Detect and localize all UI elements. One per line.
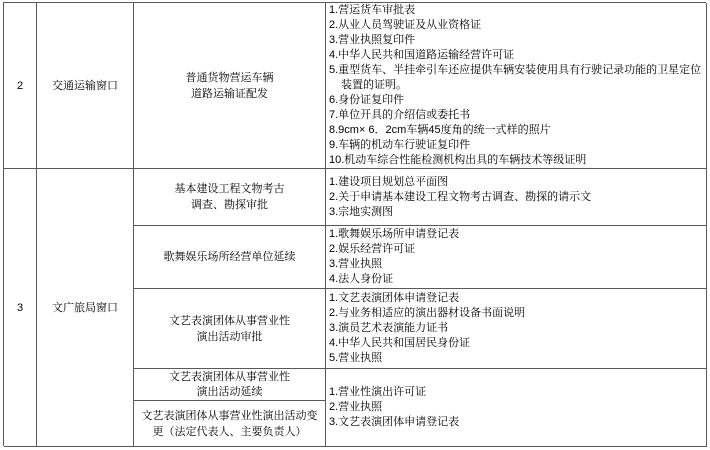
material-item: 1.文艺表演团体申请登记表 xyxy=(329,291,704,306)
material-item: 1.歌舞娱乐场所申请登记表 xyxy=(329,227,704,242)
materials-cell: 1.文艺表演团体申请登记表2.与业务相适应的演出器材设备书面说明3.演员艺术表演… xyxy=(326,289,707,369)
row-number-cell: 3 xyxy=(4,169,37,447)
service-name-cell: 基本建设工程文物考古调查、勘探审批 xyxy=(134,169,326,226)
material-item: 4.法人身份证 xyxy=(329,272,704,287)
material-item: 8.9cm× 6．2cm车辆45度角的统一式样的照片 xyxy=(329,123,704,138)
service-name-cell: 普通货物营运车辆道路运输证配发 xyxy=(134,3,326,169)
services-table: 2 交通运输窗口 普通货物营运车辆道路运输证配发 1.营运货车审批表2.从业人员… xyxy=(3,2,706,446)
material-item: 7.单位开具的介绍信或委托书 xyxy=(329,108,704,123)
material-item: 3.演员艺术表演能力证书 xyxy=(329,321,704,336)
material-item: 4.中华人民共和国居民身份证 xyxy=(329,336,704,351)
service-name-line: 歌舞娱乐场所经营单位延续 xyxy=(134,249,325,265)
service-name-cell: 文艺表演团体从事营业性演出活动审批 xyxy=(134,289,326,369)
material-item: 3.营业执照复印件 xyxy=(329,33,704,48)
service-name-cell: 文艺表演团体从事营业性演出活动变更（法定代表人、主要负责人） xyxy=(134,401,326,447)
window-name-cell: 交通运输窗口 xyxy=(37,3,134,169)
service-name-cell: 歌舞娱乐场所经营单位延续 xyxy=(134,226,326,289)
service-name-line: 基本建设工程文物考古 xyxy=(134,181,325,197)
material-item: 3.营业执照 xyxy=(329,257,704,272)
service-name-line: 演出活动延续 xyxy=(134,385,325,400)
service-name-line: 调查、勘探审批 xyxy=(134,197,325,213)
material-item: 1.建设项目规划总平面图 xyxy=(329,175,704,190)
material-item: 2.从业人员驾驶证及从业资格证 xyxy=(329,18,704,33)
material-item: 2.与业务相适应的演出器材设备书面说明 xyxy=(329,306,704,321)
window-name-cell: 文广旅局窗口 xyxy=(37,169,134,447)
materials-cell: 1.营运货车审批表2.从业人员驾驶证及从业资格证3.营业执照复印件4.中华人民共… xyxy=(326,3,707,169)
materials-cell: 1.歌舞娱乐场所申请登记表2.娱乐经营许可证3.营业执照4.法人身份证 xyxy=(326,226,707,289)
service-name-line: 文艺表演团体从事营业性演出活动变更（法定代表人、主要负责人） xyxy=(134,408,325,440)
material-item: 5.营业执照 xyxy=(329,351,704,366)
material-item: 4.中华人民共和国道路运输经营许可证 xyxy=(329,48,704,63)
material-item: 3.文艺表演团体申请登记表 xyxy=(329,415,704,430)
row-number-cell: 2 xyxy=(4,3,37,169)
material-item: 5.重型货车、半挂牵引车还应提供车辆安装使用具有行驶记录功能的卫星定位装置的证明… xyxy=(329,63,704,93)
material-item: 2.娱乐经营许可证 xyxy=(329,242,704,257)
materials-cell: 1.建设项目规划总平面图2.关于申请基本建设工程文物考古调查、勘探的请示文3.宗… xyxy=(326,169,707,226)
service-name-line: 文艺表演团体从事营业性 xyxy=(134,370,325,385)
material-item: 9.车辆的机动车行驶证复印件 xyxy=(329,138,704,153)
service-name-line: 普通货物营运车辆 xyxy=(134,70,325,86)
materials-cell-merged: 1.营业性演出许可证2.营业执照3.文艺表演团体申请登记表 xyxy=(326,369,707,447)
service-name-line: 文艺表演团体从事营业性 xyxy=(134,313,325,329)
material-item: 6.身份证复印件 xyxy=(329,93,704,108)
material-item: 2.营业执照 xyxy=(329,400,704,415)
material-item: 2.关于申请基本建设工程文物考古调查、勘探的请示文 xyxy=(329,190,704,205)
material-item: 1.营运货车审批表 xyxy=(329,3,704,18)
material-item: 10.机动车综合性能检测机构出具的车辆技术等级证明 xyxy=(329,153,704,168)
service-name-line: 道路运输证配发 xyxy=(134,86,325,102)
service-name-cell: 文艺表演团体从事营业性演出活动延续 xyxy=(134,369,326,401)
material-item: 3.宗地实测图 xyxy=(329,205,704,220)
material-item: 1.营业性演出许可证 xyxy=(329,385,704,400)
service-name-line: 演出活动审批 xyxy=(134,329,325,345)
